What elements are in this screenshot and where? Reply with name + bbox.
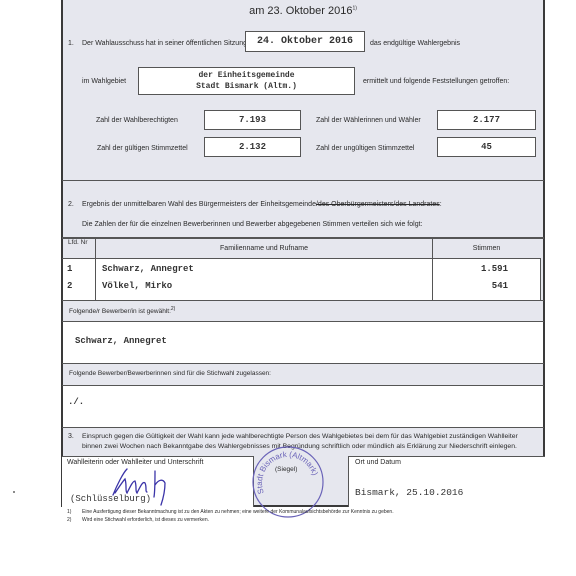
row1-votes: 1.591	[440, 264, 508, 274]
table-right-border	[540, 258, 541, 300]
runoff-value: ./.	[68, 397, 84, 407]
section1-text-after: das endgültige Wahlergebnis	[370, 40, 460, 47]
section2-heading-end: :	[440, 201, 442, 208]
row2-votes: 541	[440, 281, 508, 291]
col-header-name: Familienname und Rufname	[96, 245, 432, 252]
section2-subheading: Die Zahlen der für die einzelnen Bewerbe…	[82, 221, 422, 228]
section-divider	[62, 180, 544, 181]
section1-number: 1.	[68, 40, 74, 47]
section3-number: 3.	[68, 433, 74, 440]
section2-number: 2.	[68, 201, 74, 208]
footnote-2-mark: 2)	[67, 517, 71, 523]
table-top-border	[62, 237, 544, 239]
elected-footnote: 2)	[171, 306, 175, 312]
col-header-nr: Lfd. Nr	[68, 239, 88, 247]
elected-top-border	[62, 321, 544, 322]
voters-label: Zahl der Wählerinnen und Wähler	[316, 117, 421, 124]
title-line2: am 23. Oktober 20161)	[0, 5, 576, 17]
area-line1: der Einheitsgemeinde	[198, 70, 294, 81]
place-date-value: Bismark, 25.10.2016	[355, 487, 463, 498]
valid-label: Zahl der gültigen Stimmzettel	[97, 145, 188, 152]
area-after: ermittelt und folgende Feststellungen ge…	[363, 78, 509, 85]
title-footnote: 1)	[352, 5, 356, 11]
session-date-value: 24. Oktober 2016	[257, 36, 353, 47]
session-date-field: 24. Oktober 2016	[245, 31, 365, 52]
signer-name: (Schlüsselburg)	[70, 494, 151, 504]
invalid-label: Zahl der ungültigen Stimmzettel	[316, 145, 414, 152]
runoff-top-border	[62, 385, 544, 386]
row2-name: Völkel, Mirko	[102, 281, 172, 291]
row2-nr: 2	[67, 281, 72, 291]
section2-heading-struck: /des Oberbürgermeisters/des Landrates	[316, 201, 440, 208]
voters-value: 2.177	[437, 110, 536, 130]
place-date-label: Ort und Datum	[355, 459, 401, 466]
runoff-label: Folgende Bewerber/Bewerberinnen sind für…	[69, 370, 271, 377]
valid-value: 2.132	[204, 137, 301, 157]
section2-heading: Ergebnis der unmittelbaren Wahl des Bürg…	[82, 201, 442, 208]
table-header-border	[62, 258, 540, 259]
table-bottom-border	[62, 300, 544, 301]
runoff-box	[63, 385, 543, 427]
footnote-2-text: Wird eine Stichwahl erforderlich, ist di…	[82, 517, 209, 523]
eligible-value: 7.193	[204, 110, 301, 130]
eligible-label: Zahl der Wahlberechtigten	[96, 117, 178, 124]
elected-label-text: Folgende/r Bewerber/in ist gewählt:	[69, 308, 171, 315]
invalid-value: 45	[437, 137, 536, 157]
footnote-1-mark: 1)	[67, 509, 71, 515]
area-field: der Einheitsgemeinde Stadt Bismark (Altm…	[138, 67, 355, 95]
scan-speck	[13, 491, 15, 493]
row1-name: Schwarz, Annegret	[102, 264, 194, 274]
elected-label: Folgende/r Bewerber/in ist gewählt:2)	[69, 306, 175, 315]
section1-text: Der Wahlausschuss hat in seiner öffentli…	[82, 40, 259, 47]
elected-value: Schwarz, Annegret	[75, 336, 167, 346]
section3-line1: Einspruch gegen die Gültigkeit der Wahl …	[82, 433, 518, 440]
title-line1: der Kommunalwahl in Sachsen-Anhalt	[0, 0, 576, 3]
seal-label: (Siegel)	[275, 466, 297, 473]
runoff-bottom-border	[62, 427, 544, 428]
elected-bottom-border	[62, 363, 544, 364]
col-header-votes: Stimmen	[433, 245, 540, 252]
footnote-1-text: Eine Ausfertigung dieser Bekanntmachung …	[82, 509, 394, 515]
row1-nr: 1	[67, 264, 72, 274]
title-date: am 23. Oktober 2016	[249, 5, 352, 17]
section2-heading-main: Ergebnis der unmittelbaren Wahl des Bürg…	[82, 201, 316, 208]
area-label: im Wahlgebiet	[82, 78, 126, 85]
area-line2: Stadt Bismark (Altm.)	[196, 81, 297, 92]
